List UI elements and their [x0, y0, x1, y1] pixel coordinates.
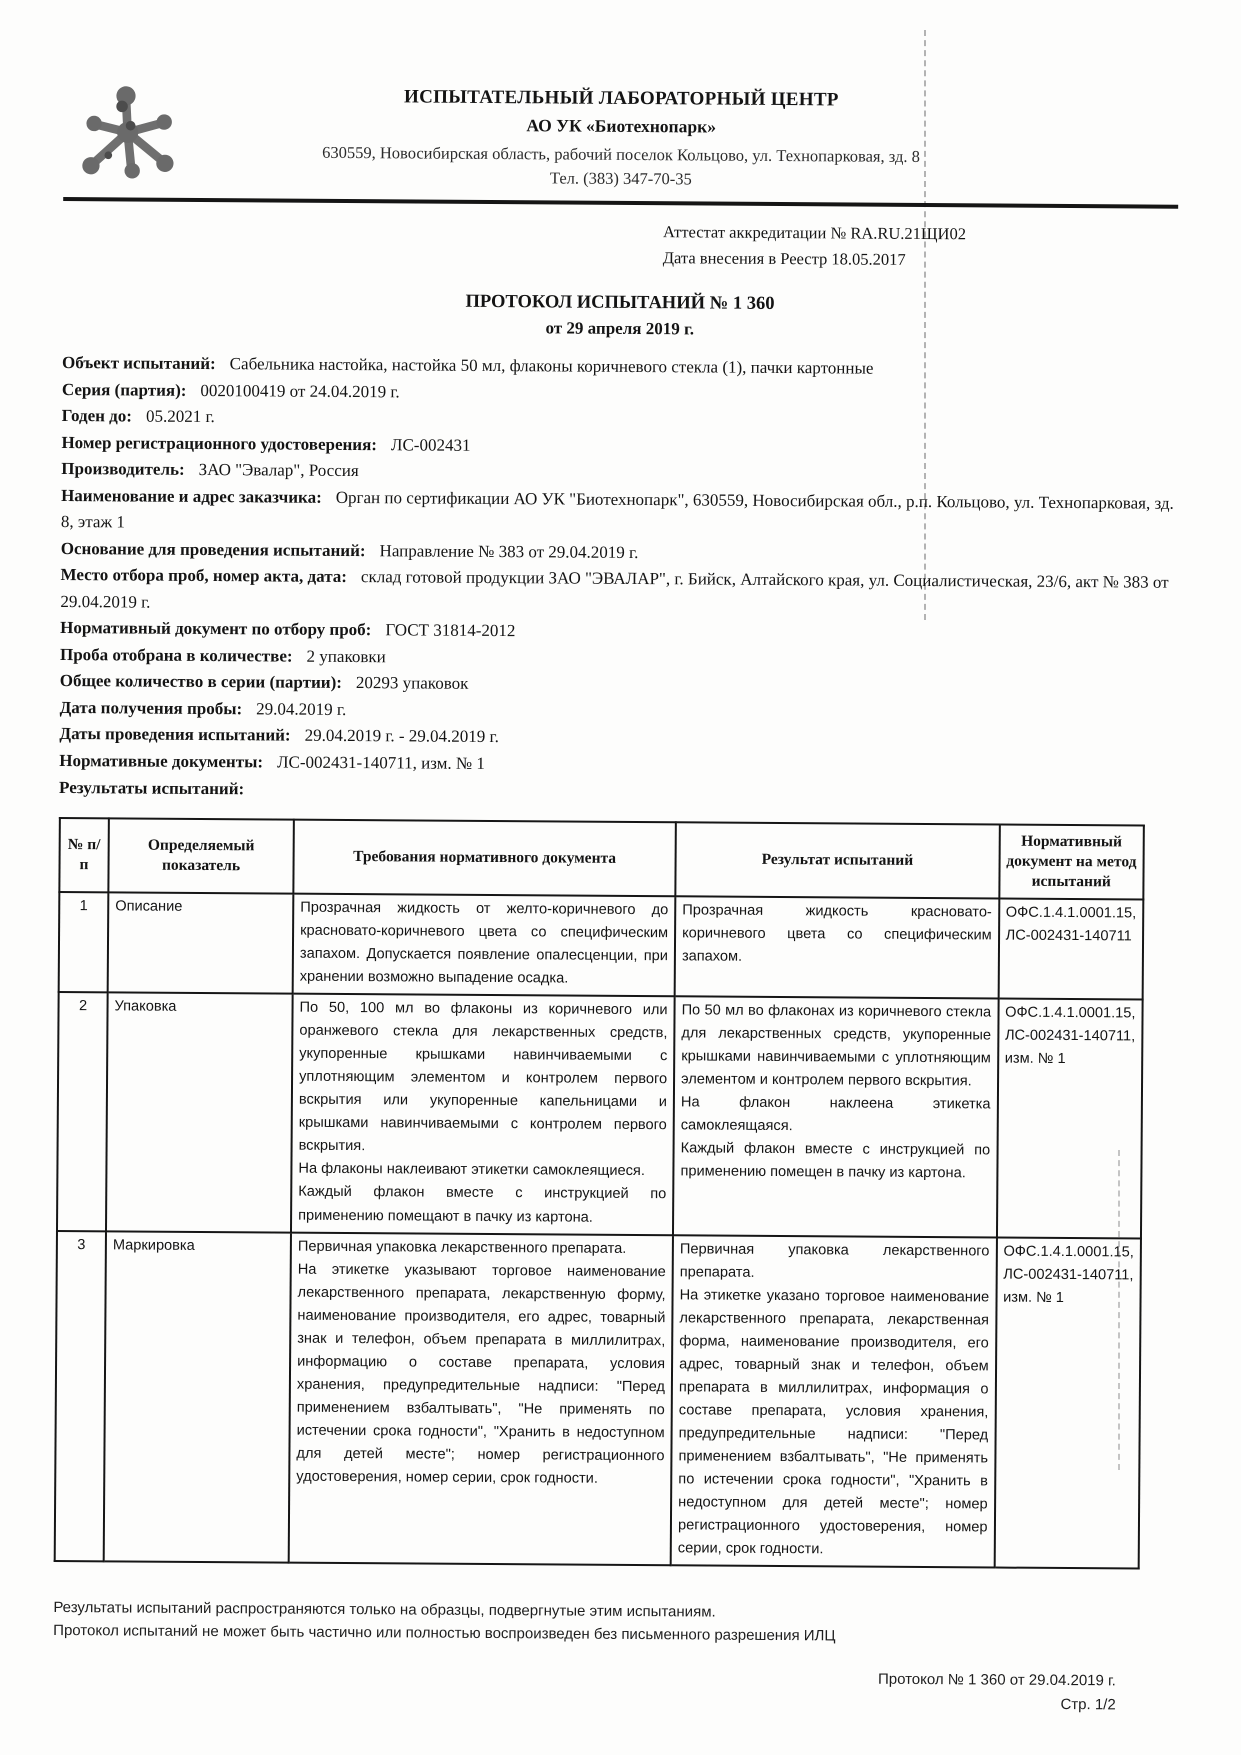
cell-indicator: Упаковка [106, 992, 293, 1232]
col-header-method-doc: Нормативный документ на метод испытаний [999, 824, 1144, 899]
table-row: 2 Упаковка По 50, 100 мл во флаконы из к… [57, 992, 1143, 1238]
col-header-indicator: Определяемый показатель [108, 818, 294, 894]
cell-result: Прозрачная жидкость красновато-коричнево… [675, 896, 999, 998]
field-label: Производитель: [61, 459, 184, 479]
field-label: Годен до: [62, 406, 132, 425]
field-value: Сабельника настойка, настойка 50 мл, фла… [230, 354, 874, 377]
field-value: ЗАО "Эвалар", Россия [199, 460, 359, 480]
org-phone: Тел. (383) 347-70-35 [103, 165, 1138, 192]
accreditation-number: Аттестат аккредитации № RA.RU.21ЩИ02 [663, 219, 1178, 249]
field-label: Проба отобрана в количестве: [60, 644, 293, 665]
field-label: Наименование и адрес заказчика: [61, 485, 322, 506]
letterhead: ИСПЫТАТЕЛЬНЫЙ ЛАБОРАТОРНЫЙ ЦЕНТР АО УК «… [63, 84, 1179, 193]
protocol-date: от 29 апреля 2019 г. [62, 315, 1177, 343]
header-rule [63, 197, 1178, 209]
cell-method-doc: ОФС.1.4.1.0001.15, ЛС-002431-140711, изм… [994, 1237, 1141, 1569]
field-value: 20293 упаковок [356, 673, 469, 693]
field-label: Общее количество в серии (партии): [60, 671, 342, 692]
protocol-fields: Объект испытаний:Сабельника настойка, на… [59, 350, 1177, 809]
document-content: ИСПЫТАТЕЛЬНЫЙ ЛАБОРАТОРНЫЙ ЦЕНТР АО УК «… [54, 84, 1179, 1570]
field-label: Объект испытаний: [62, 353, 216, 373]
registry-date: Дата внесения в Реестр 18.05.2017 [663, 245, 1178, 275]
footer-notes: Результаты испытаний распространяются то… [53, 1596, 1168, 1650]
cell-num: 3 [55, 1231, 106, 1562]
accreditation-block: Аттестат аккредитации № RA.RU.21ЩИ02 Дат… [663, 219, 1178, 275]
table-header-row: № п/п Определяемый показатель Требования… [59, 817, 1143, 899]
org-name: ИСПЫТАТЕЛЬНЫЙ ЛАБОРАТОРНЫЙ ЦЕНТР [104, 84, 1139, 113]
footer-references: Протокол № 1 360 от 29.04.2019 г. Стр. 1… [878, 1668, 1116, 1718]
field-value: 29.04.2019 г. [256, 699, 346, 719]
field-value: 2 упаковки [307, 646, 386, 666]
cell-indicator: Описание [108, 892, 294, 993]
field-value: ЛС-002431 [391, 435, 471, 455]
cell-result: По 50 мл во флаконах из коричневого стек… [673, 996, 998, 1237]
protocol-title: ПРОТОКОЛ ИСПЫТАНИЙ № 1 360 [62, 289, 1177, 318]
field-label: Дата получения пробы: [60, 697, 243, 717]
org-address: 630559, Новосибирская область, рабочий п… [103, 141, 1138, 168]
table-row: 3 Маркировка Первичная упаковка лекарств… [55, 1231, 1141, 1569]
field-value: Направление № 383 от 29.04.2019 г. [380, 541, 639, 562]
cell-indicator: Маркировка [104, 1231, 291, 1563]
field-value: 29.04.2019 г. - 29.04.2019 г. [305, 726, 499, 746]
cell-method-doc: ОФС.1.4.1.0001.15, ЛС-002431-140711, изм… [997, 999, 1143, 1238]
cell-requirement: По 50, 100 мл во флаконы из коричневого … [291, 994, 675, 1235]
results-table: № п/п Определяемый показатель Требования… [54, 816, 1145, 1569]
org-subname: АО УК «Биотехнопарк» [104, 112, 1139, 140]
col-header-requirement: Требования нормативного документа [293, 819, 676, 896]
field-label: Нормативные документы: [59, 750, 263, 770]
col-header-num: № п/п [59, 817, 109, 892]
cell-method-doc: ОФС.1.4.1.0001.15, ЛС-002431-140711 [998, 898, 1143, 999]
field-value: ГОСТ 31814-2012 [385, 620, 515, 640]
field-value: ЛС-002431-140711, изм. № 1 [277, 752, 485, 772]
cell-num: 1 [59, 892, 109, 993]
field-label: Основание для проведения испытаний: [61, 538, 366, 559]
field-value: 0020100419 от 24.04.2019 г. [200, 380, 399, 400]
field-label: Место отбора проб, номер акта, дата: [61, 565, 348, 586]
field-label: Нормативный документ по отбору проб: [60, 618, 371, 639]
molecule-icon [79, 82, 176, 179]
table-row: 1 Описание Прозрачная жидкость от желто-… [59, 892, 1144, 1000]
field-label: Номер регистрационного удостоверения: [61, 432, 377, 453]
cell-requirement: Прозрачная жидкость от желто-коричневого… [293, 894, 676, 997]
col-header-result: Результат испытаний [675, 822, 999, 899]
field-value: 05.2021 г. [146, 407, 215, 426]
scanned-protocol-page: ИСПЫТАТЕЛЬНЫЙ ЛАБОРАТОРНЫЙ ЦЕНТР АО УК «… [0, 0, 1241, 1755]
field-row: Место отбора проб, номер акта, дата:скла… [60, 562, 1175, 623]
cell-result: Первичная упаковка лекарственного препар… [671, 1235, 997, 1568]
field-label: Серия (партия): [62, 379, 187, 399]
field-row: Наименование и адрес заказчика:Орган по … [61, 482, 1176, 543]
field-label: Даты проведения испытаний: [59, 724, 290, 745]
cell-num: 2 [57, 992, 108, 1231]
footer-protocol-ref: Протокол № 1 360 от 29.04.2019 г. [878, 1668, 1116, 1694]
footer-page-number: Стр. 1/2 [878, 1692, 1116, 1718]
cell-requirement: Первичная упаковка лекарственного препар… [289, 1232, 673, 1565]
